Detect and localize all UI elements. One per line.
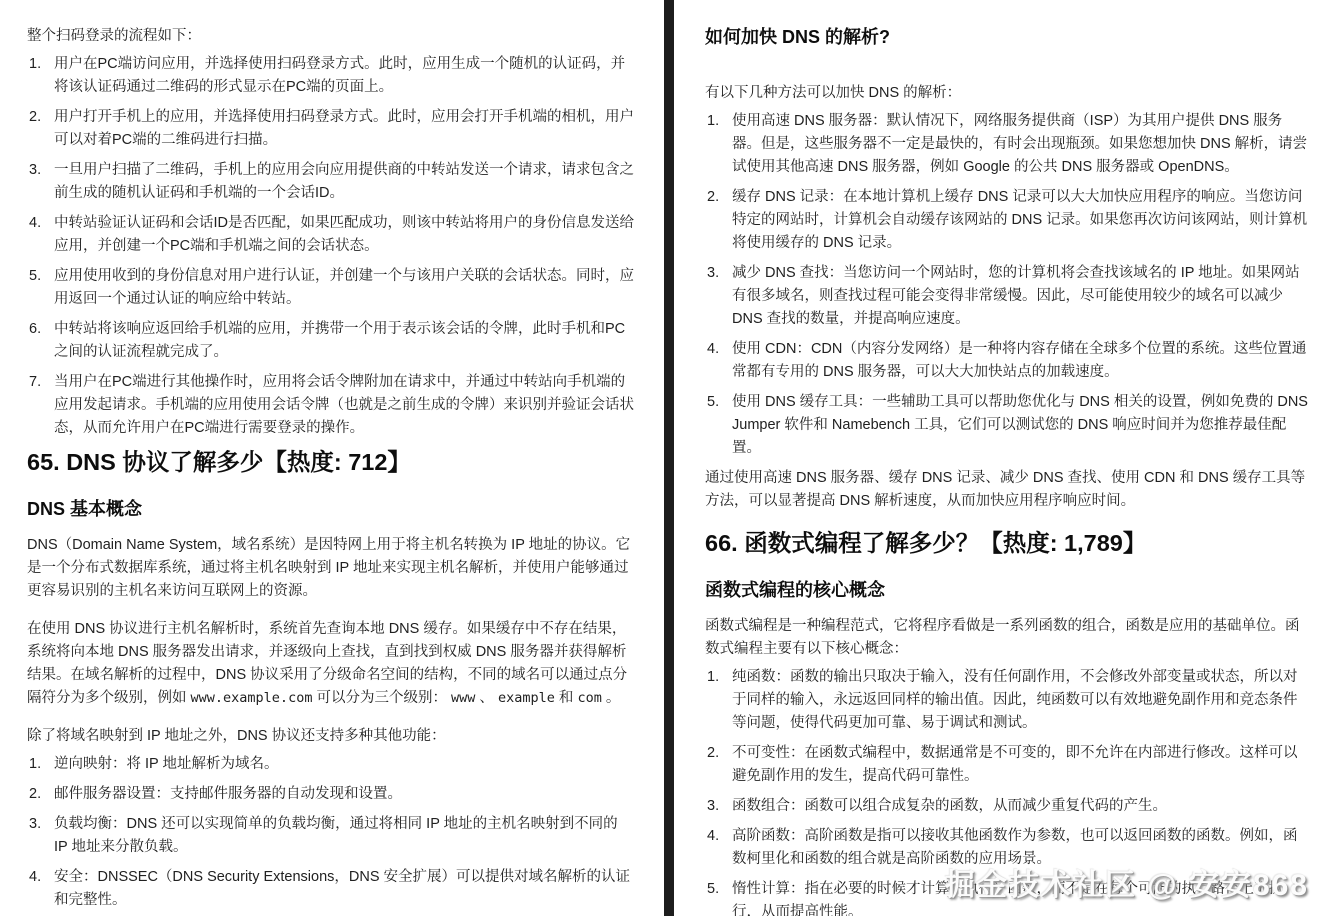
inline-code: com <box>577 690 601 706</box>
scan-login-step: 应用使用收到的身份信息对用户进行认证，并创建一个与该用户关联的会话状态。同时，应… <box>27 265 634 311</box>
scan-login-step: 中转站将该响应返回给手机端的应用，并携带一个用于表示该会话的令牌，此时手机和PC… <box>27 318 634 364</box>
fp-intro-paragraph: 函数式编程是一种编程范式，它将程序看做是一系列函数的组合，函数是应用的基础单位。… <box>705 615 1309 661</box>
section-66-title: 66. 函数式编程了解多少？【热度: 1,789】 <box>705 528 1309 559</box>
dns-other-functions-intro: 除了将域名映射到 IP 地址之外，DNS 协议还支持多种其他功能： <box>27 725 634 748</box>
scan-login-steps: 用户在PC端访问应用，并选择使用扫码登录方式。此时，应用生成一个随机的认证码，并… <box>27 53 634 440</box>
dns-speedup-list: 使用高速 DNS 服务器：默认情况下，网络服务提供商（ISP）为其用户提供 DN… <box>705 110 1309 460</box>
scan-login-step: 用户在PC端访问应用，并选择使用扫码登录方式。此时，应用生成一个随机的认证码，并… <box>27 53 634 99</box>
fp-concept-item: 不可变性：在函数式编程中，数据通常是不可变的，即不允许在内部进行修改。这样可以避… <box>705 742 1309 788</box>
inline-code: www.example.com <box>191 690 313 706</box>
scan-login-step: 一旦用户扫描了二维码，手机上的应用会向应用提供商的中转站发送一个请求，请求包含之… <box>27 159 634 205</box>
paragraph-text: 可以分为三个级别： <box>312 690 451 706</box>
dns-speedup-summary: 通过使用高速 DNS 服务器、缓存 DNS 记录、减少 DNS 查找、使用 CD… <box>705 467 1309 513</box>
dns-basics-subtitle: DNS 基本概念 <box>27 497 634 521</box>
dns-feature-item: 安全：DNSSEC（DNS Security Extensions，DNS 安全… <box>27 866 634 912</box>
scan-login-step: 当用户在PC端进行其他操作时，应用将会话令牌附加在请求中，并通过中转站向手机端的… <box>27 371 634 440</box>
right-column: 如何加快 DNS 的解析? 有以下几种方法可以加快 DNS 的解析： 使用高速 … <box>674 0 1325 916</box>
left-column: 整个扫码登录的流程如下： 用户在PC端访问应用，并选择使用扫码登录方式。此时，应… <box>0 0 664 916</box>
inline-code: example <box>498 690 555 706</box>
dns-feature-item: 邮件服务器设置：支持邮件服务器的自动发现和设置。 <box>27 783 634 806</box>
document-page: 整个扫码登录的流程如下： 用户在PC端访问应用，并选择使用扫码登录方式。此时，应… <box>0 0 1325 916</box>
scan-login-intro: 整个扫码登录的流程如下： <box>27 25 634 48</box>
dns-speedup-item: 使用 CDN：CDN（内容分发网络）是一种将内容存储在全球多个位置的系统。这些位… <box>705 338 1309 384</box>
paragraph-text: 。 <box>602 690 621 706</box>
inline-code: www <box>451 690 475 706</box>
scan-login-step: 用户打开手机上的应用，并选择使用扫码登录方式。此时，应用会打开手机端的相机，用户… <box>27 106 634 152</box>
dns-features-list: 逆向映射：将 IP 地址解析为域名。 邮件服务器设置：支持邮件服务器的自动发现和… <box>27 753 634 912</box>
paragraph-text: 和 <box>555 690 578 706</box>
dns-speedup-item: 使用高速 DNS 服务器：默认情况下，网络服务提供商（ISP）为其用户提供 DN… <box>705 110 1309 179</box>
dns-speedup-item: 使用 DNS 缓存工具：一些辅助工具可以帮助您优化与 DNS 相关的设置，例如免… <box>705 391 1309 460</box>
paragraph-text: 、 <box>475 690 498 706</box>
dns-speedup-intro: 有以下几种方法可以加快 DNS 的解析： <box>705 82 1309 105</box>
section-65-title: 65. DNS 协议了解多少【热度: 712】 <box>27 447 634 478</box>
dns-speedup-item: 缓存 DNS 记录：在本地计算机上缓存 DNS 记录可以大大加快应用程序的响应。… <box>705 186 1309 255</box>
watermark: 掘金技术社区 @ 安安868 <box>945 860 1309 904</box>
fp-concept-item: 纯函数：函数的输出只取决于输入，没有任何副作用，不会修改外部变量或状态，所以对于… <box>705 666 1309 735</box>
scan-login-step: 中转站验证认证码和会话ID是否匹配，如果匹配成功，则该中转站将用户的身份信息发送… <box>27 212 634 258</box>
dns-speedup-item: 减少 DNS 查找：当您访问一个网站时，您的计算机将会查找该域名的 IP 地址。… <box>705 262 1309 331</box>
dns-definition-paragraph: DNS（Domain Name System，域名系统）是因特网上用于将主机名转… <box>27 534 634 603</box>
fp-concept-item: 函数组合：函数可以组合成复杂的函数，从而减少重复代码的产生。 <box>705 795 1309 818</box>
column-divider <box>664 0 674 916</box>
dns-feature-item: 负载均衡：DNS 还可以实现简单的负载均衡，通过将相同 IP 地址的主机名映射到… <box>27 813 634 859</box>
dns-feature-item: 逆向映射：将 IP 地址解析为域名。 <box>27 753 634 776</box>
dns-resolution-paragraph: 在使用 DNS 协议进行主机名解析时，系统首先查询本地 DNS 缓存。如果缓存中… <box>27 618 634 710</box>
dns-speedup-title: 如何加快 DNS 的解析? <box>705 25 1309 49</box>
fp-core-subtitle: 函数式编程的核心概念 <box>705 578 1309 602</box>
